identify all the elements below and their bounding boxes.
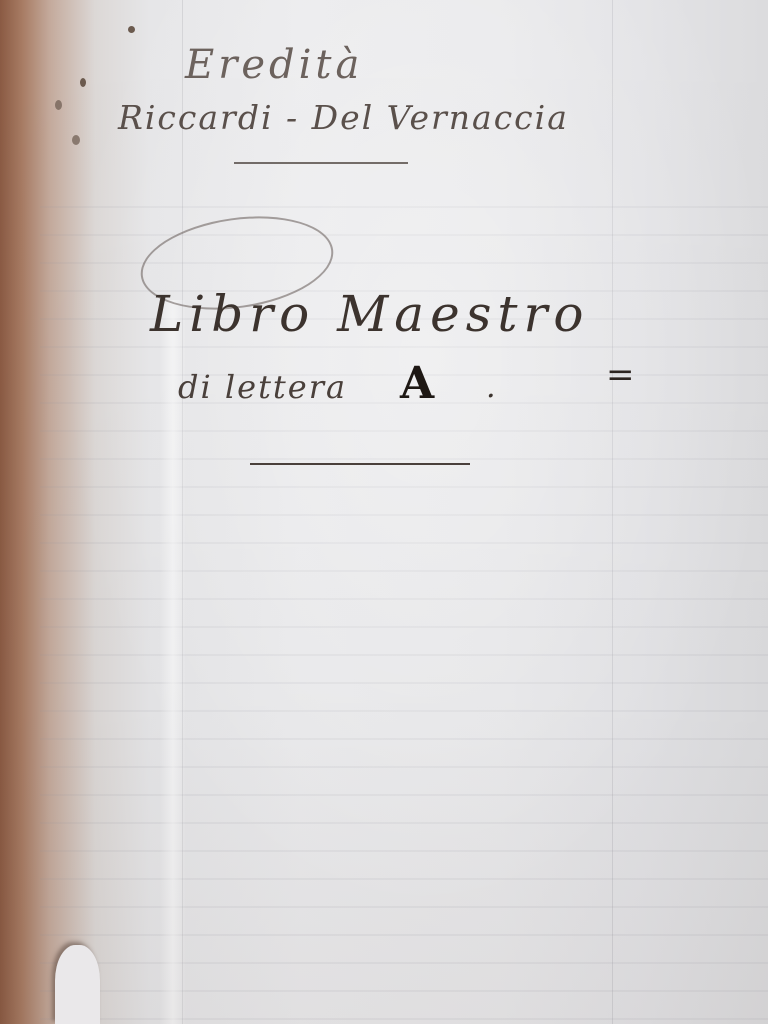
paper-tear [55,945,100,1024]
ink-spot [128,26,135,33]
lighting-overlay [0,0,768,1024]
letter-period: . [486,370,496,405]
heading-eredita: Eredità [185,42,363,88]
heading-heirs: Riccardi - Del Vernaccia [118,98,569,137]
end-mark: = [606,355,635,395]
ledger-title: Libro Maestro [150,285,589,343]
divider-top [234,162,408,164]
ledger-letter: A [400,358,434,409]
document-page: Eredità Riccardi - Del Vernaccia Libro M… [0,0,768,1024]
ledger-subtitle: di lettera [178,368,347,406]
ink-spot [80,78,86,87]
ink-spot [72,135,80,145]
divider-bottom [250,463,470,465]
ink-spot [55,100,62,110]
